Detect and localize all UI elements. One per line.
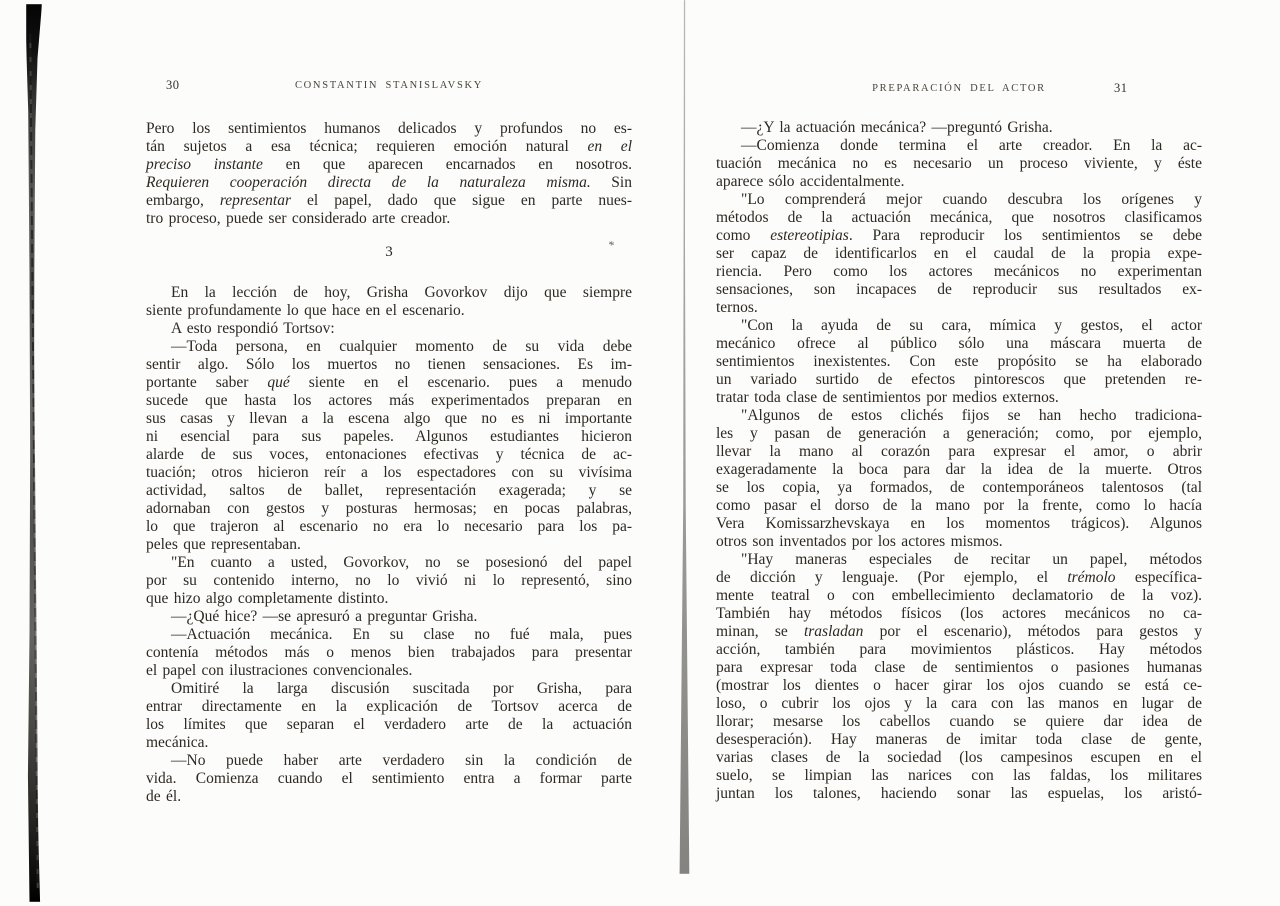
text-line: peles que representaban. (146, 536, 632, 554)
text-line: que hizo algo completamente distinto. (146, 590, 632, 608)
text-line: "Lo comprenderá mejor cuando descubra lo… (716, 191, 1202, 209)
text-line: se los copia, ya formados, de contemporá… (716, 479, 1202, 497)
text-line: tuación mecánica no es necesario un proc… (716, 155, 1202, 173)
text-line: vida. Comienza cuando el sentimiento ent… (146, 770, 632, 788)
paragraph: En la lección de hoy, Grisha Govorkov di… (146, 284, 632, 320)
text-line: como pasar el dorso de la mano por la fr… (716, 497, 1202, 515)
text-line: —Toda persona, en cualquier momento de s… (146, 338, 632, 356)
text-line: Pero los sentimientos humanos delicados … (146, 120, 632, 138)
page-gutter-shadow (676, 0, 694, 874)
text-line: otros son inventados por los actores mis… (716, 533, 1202, 551)
text-line: ni esencial para sus papeles. Algunos es… (146, 428, 632, 446)
text-line: tuación; otros hicieron reír a los espec… (146, 464, 632, 482)
text-line: preciso instante en que aparecen encarna… (146, 156, 632, 174)
text-line: portante saber qué siente en el escenari… (146, 374, 632, 392)
text-line: "Algunos de estos clichés fijos se han h… (716, 407, 1202, 425)
running-header-left: CONSTANTIN STANISLAVSKY (295, 80, 483, 91)
text-line: Requieren cooperación directa de la natu… (146, 174, 632, 192)
text-line: "Con la ayuda de su cara, mímica y gesto… (716, 317, 1202, 335)
text-line: adornaban con gestos y posturas hermosas… (146, 500, 632, 518)
page-right-text: —¿Y la actuación mecánica? —preguntó Gri… (716, 119, 1202, 803)
page-number-left: 30 (166, 78, 180, 93)
text-line: (mostrar los dientes o hacer girar los o… (716, 677, 1202, 695)
text-line: les y pasan de generación a generación; … (716, 425, 1202, 443)
text-line: En la lección de hoy, Grisha Govorkov di… (146, 284, 632, 302)
section-number: 3 (146, 243, 632, 261)
text-line: aparece sólo accidentalmente. (716, 173, 1202, 191)
paragraph: —¿Qué hice? —se apresuró a preguntar Gri… (146, 608, 632, 626)
text-line: de dicción y lenguaje. (Por ejemplo, el … (716, 569, 1202, 587)
text-line: tratar toda clase de sentimientos por me… (716, 389, 1202, 407)
text-line: juntan los talones, haciendo sonar las e… (716, 785, 1202, 803)
binding-edge-shadow (22, 4, 48, 902)
page-right-header: PREPARACIÓN DEL ACTOR 31 (716, 83, 1202, 94)
text-line: riencia. Pero como los actores mecánicos… (716, 263, 1202, 281)
page-left-text: Pero los sentimientos humanos delicados … (146, 120, 632, 806)
text-line: acción, también para movimientos plástic… (716, 641, 1202, 659)
text-line: mente teatral o con embellecimiento decl… (716, 587, 1202, 605)
paragraph: A esto respondió Tortsov: (146, 320, 632, 338)
text-line: —Actuación mecánica. En su clase no fué … (146, 626, 632, 644)
text-line: para expresar toda clase de sentimientos… (716, 659, 1202, 677)
text-line: loso, o cubrir los ojos y la cara con la… (716, 695, 1202, 713)
text-line: desesperación). Hay maneras de imitar to… (716, 731, 1202, 749)
text-line: Vera Komissarzhevskaya en los momentos t… (716, 515, 1202, 533)
paragraph: "Lo comprenderá mejor cuando descubra lo… (716, 191, 1202, 317)
text-line: "Hay maneras especiales de recitar un pa… (716, 551, 1202, 569)
text-line: como estereotipias. Para reproducir los … (716, 227, 1202, 245)
paragraph: —Actuación mecánica. En su clase no fué … (146, 626, 632, 680)
paragraph: —¿Y la actuación mecánica? —preguntó Gri… (716, 119, 1202, 137)
page-left: 30 CONSTANTIN STANISLAVSKY Pero los sent… (146, 0, 632, 906)
text-line: métodos de la actuación mecánica, que no… (716, 209, 1202, 227)
text-line: —¿Qué hice? —se apresuró a preguntar Gri… (146, 608, 632, 626)
text-line: actividad, saltos de ballet, representac… (146, 482, 632, 500)
text-line: tán sujetos a esa técnica; requieren emo… (146, 138, 632, 156)
text-line: embargo, representar el papel, dado que … (146, 192, 632, 210)
text-line: ser capaz de identificarlos en el caudal… (716, 245, 1202, 263)
text-line: —¿Y la actuación mecánica? —preguntó Gri… (716, 119, 1202, 137)
text-line: varias clases de la sociedad (los campes… (716, 749, 1202, 767)
text-line: "En cuanto a usted, Govorkov, no se pose… (146, 554, 632, 572)
text-line: suelo, se limpian las narices con las fa… (716, 767, 1202, 785)
paragraph: "En cuanto a usted, Govorkov, no se pose… (146, 554, 632, 608)
paragraph: —No puede haber arte verdadero sin la co… (146, 752, 632, 806)
text-line: llevar la mano al corazón para expresar … (716, 443, 1202, 461)
paragraph: Omitiré la larga discusión suscitada por… (146, 680, 632, 752)
paragraph: —Comienza donde termina el arte creador.… (716, 137, 1202, 191)
text-line: —Comienza donde termina el arte creador.… (716, 137, 1202, 155)
text-line: siente profundamente lo que hace en el e… (146, 302, 632, 320)
text-line: Omitiré la larga discusión suscitada por… (146, 680, 632, 698)
paragraph: "Hay maneras especiales de recitar un pa… (716, 551, 1202, 803)
text-line: un variado surtido de efectos pintoresco… (716, 371, 1202, 389)
text-line: mecánica. (146, 734, 632, 752)
text-line: mecánico ofrece al público sólo una másc… (716, 335, 1202, 353)
text-line: minan, se trasladan por el escenario), m… (716, 623, 1202, 641)
text-line: por su contenido interno, no lo vivió ni… (146, 572, 632, 590)
text-line: alarde de sus voces, entonaciones efecti… (146, 446, 632, 464)
paragraph: "Algunos de estos clichés fijos se han h… (716, 407, 1202, 551)
text-line: sentir algo. Sólo los muertos no tienen … (146, 356, 632, 374)
page-left-header: 30 CONSTANTIN STANISLAVSKY (146, 80, 632, 91)
text-line: los límites que separan el verdadero art… (146, 716, 632, 734)
text-line: sentimientos inexistentes. Con este prop… (716, 353, 1202, 371)
text-line: sensaciones, son incapaces de reproducir… (716, 281, 1202, 299)
text-line: sus casas y llevan a la escena algo que … (146, 410, 632, 428)
book-scan: 30 CONSTANTIN STANISLAVSKY Pero los sent… (0, 0, 1280, 906)
paragraph: —Toda persona, en cualquier momento de s… (146, 338, 632, 554)
text-line: ternos. (716, 299, 1202, 317)
paragraph: Pero los sentimientos humanos delicados … (146, 120, 632, 228)
text-line: sucede que hasta los actores más experim… (146, 392, 632, 410)
running-header-right: PREPARACIÓN DEL ACTOR (872, 83, 1046, 94)
text-line: entrar directamente en la explicación de… (146, 698, 632, 716)
page-number-right: 31 (1114, 81, 1128, 96)
text-line: tro proceso, puede ser considerado arte … (146, 210, 632, 228)
text-line: llorar; mesarse los cabellos cuando se q… (716, 713, 1202, 731)
text-line: También hay métodos físicos (los actores… (716, 605, 1202, 623)
text-line: A esto respondió Tortsov: (146, 320, 632, 338)
text-line: de él. (146, 788, 632, 806)
text-line: —No puede haber arte verdadero sin la co… (146, 752, 632, 770)
text-line: lo que trajeron al escenario no era lo n… (146, 518, 632, 536)
text-line: contenía métodos más o menos bien trabaj… (146, 644, 632, 662)
text-line: exageradamente la boca para dar la idea … (716, 461, 1202, 479)
page-right: PREPARACIÓN DEL ACTOR 31 —¿Y la actuació… (716, 0, 1202, 906)
text-line: el papel con ilustraciones convencionale… (146, 662, 632, 680)
paragraph: "Con la ayuda de su cara, mímica y gesto… (716, 317, 1202, 407)
